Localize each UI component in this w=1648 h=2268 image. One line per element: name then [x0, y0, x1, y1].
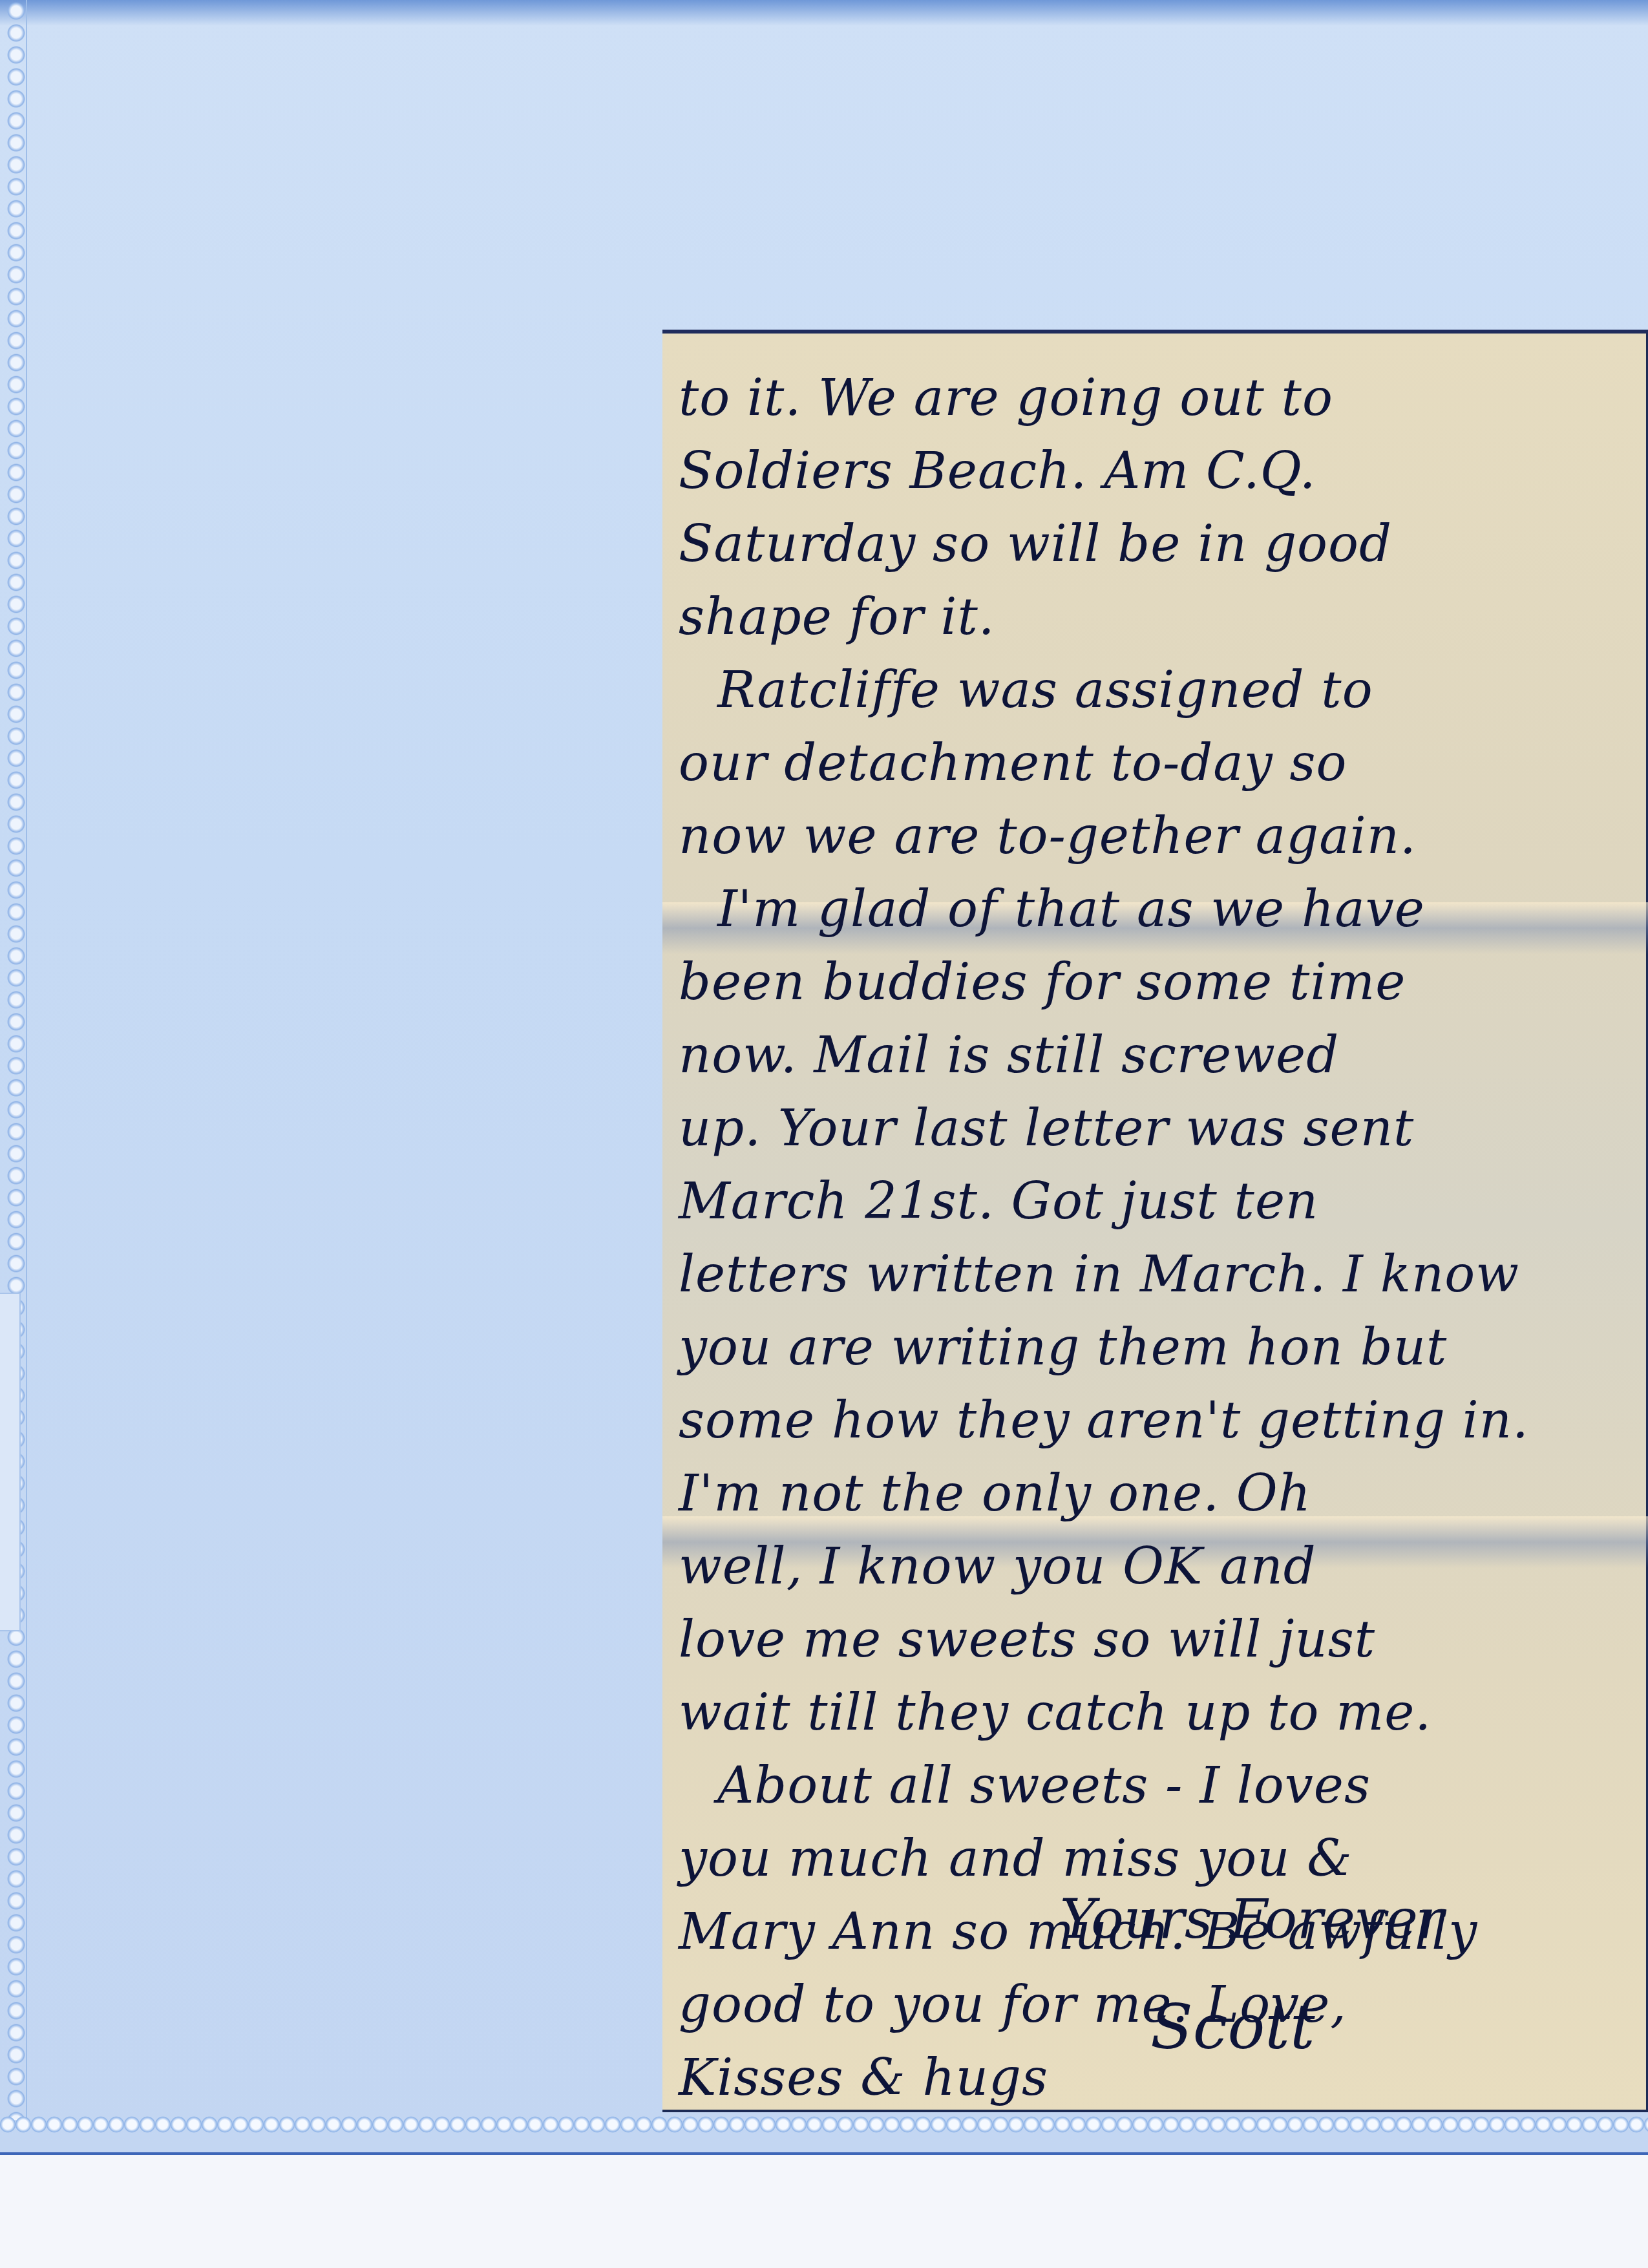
letter-line: March 21st. Got just ten [679, 1165, 1635, 1238]
sleeve-perforation-left [6, 0, 27, 2120]
letter-line: you much and miss you & [679, 1823, 1635, 1896]
letter-line: well, I know you OK and [679, 1531, 1635, 1604]
letter-line: love me sweets so will just [679, 1604, 1635, 1677]
letter-body: to it. We are going out to Soldiers Beac… [679, 362, 1635, 2115]
sleeve-edge-tab [0, 1293, 21, 1631]
letter-line: I'm glad of that as we have [679, 873, 1635, 946]
sleeve-top-edge [0, 0, 1648, 26]
letter-signature: Scott [1150, 1991, 1315, 2063]
letter-line: now. Mail is still screwed [679, 1019, 1635, 1092]
letter-line: some how they aren't getting in. [679, 1384, 1635, 1457]
letter-line: to it. We are going out to [679, 362, 1635, 435]
letter-line: Ratcliffe was assigned to [679, 654, 1635, 727]
letter-line: I'm not the only one. Oh [679, 1457, 1635, 1531]
letter-line: Saturday so will be in good [679, 508, 1635, 581]
letter-closing: Yours Forever [1060, 1887, 1444, 1951]
letter-line: you are writing them hon but [679, 1311, 1635, 1384]
letter-line: About all sweets - I loves [679, 1750, 1635, 1823]
letter-line: Soldiers Beach. Am C.Q. [679, 435, 1635, 508]
letter-line: our detachment to-day so [679, 727, 1635, 800]
letter-line: wait till they catch up to me. [679, 1677, 1635, 1750]
letter-line: shape for it. [679, 581, 1635, 654]
letter-line: now we are to-gether again. [679, 800, 1635, 873]
letter-line: been buddies for some time [679, 946, 1635, 1019]
letter-line: up. Your last letter was sent [679, 1092, 1635, 1165]
sleeve-perforation-bottom [0, 2114, 1648, 2136]
letter-line: letters written in March. I know [679, 1238, 1635, 1311]
